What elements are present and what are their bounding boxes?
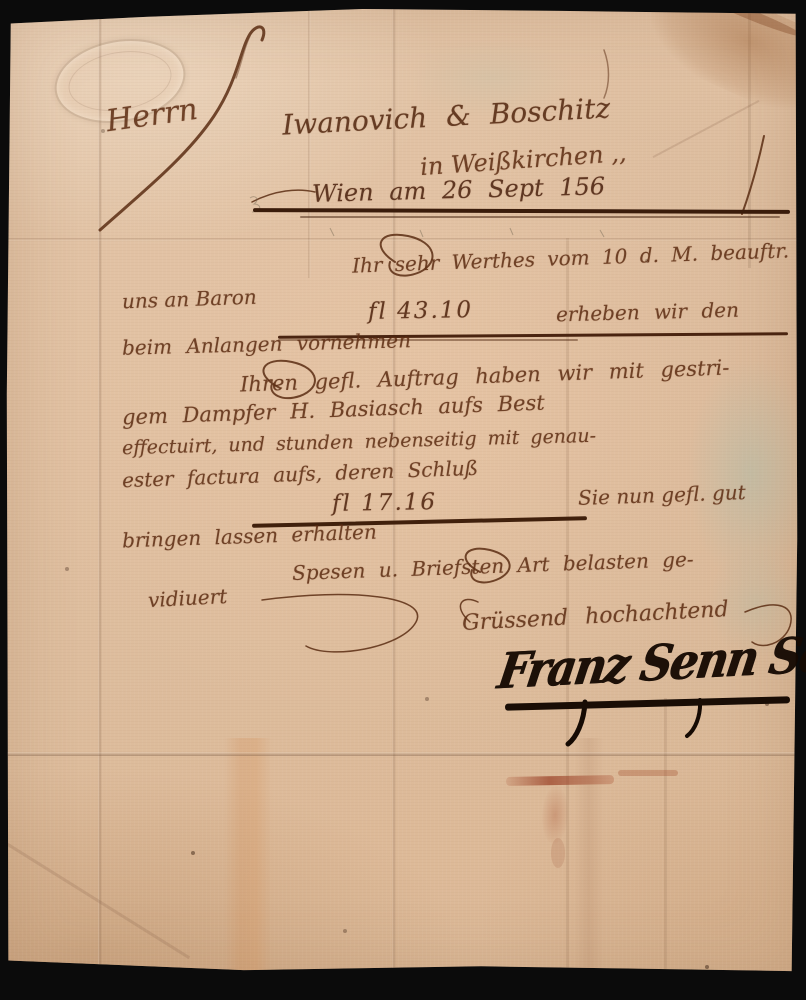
crease-line [2, 840, 190, 959]
amount-second: fl 17.16 [332, 489, 437, 517]
dateline-underline [300, 216, 780, 218]
body-line: erheben wir den [556, 298, 740, 327]
crease-line [98, 8, 102, 1000]
crease-line [308, 8, 311, 278]
fold-line [6, 752, 806, 756]
crease-line [664, 698, 667, 998]
stain-top-right [635, 0, 806, 119]
crease-band [224, 738, 272, 1000]
crease-line [748, 8, 751, 268]
fold-line [6, 238, 806, 241]
letter-scan: Herrn Iwanovich & Boschitz in Weißkirche… [0, 0, 806, 1000]
red-ink-smudge [506, 775, 614, 786]
body-line: uns an Baron [122, 285, 257, 314]
crease-band [574, 738, 604, 998]
red-ink-smudge [551, 838, 565, 868]
tint-green-right [686, 358, 806, 588]
red-ink-smudge [618, 770, 678, 776]
red-ink-smudge [541, 785, 570, 844]
paper-speckles [6, 8, 8, 10]
stain-top-right [698, 0, 804, 40]
body-line: vidiuert [147, 584, 227, 612]
amount-first: fl 43.10 [368, 297, 473, 325]
crease-line [653, 100, 760, 158]
